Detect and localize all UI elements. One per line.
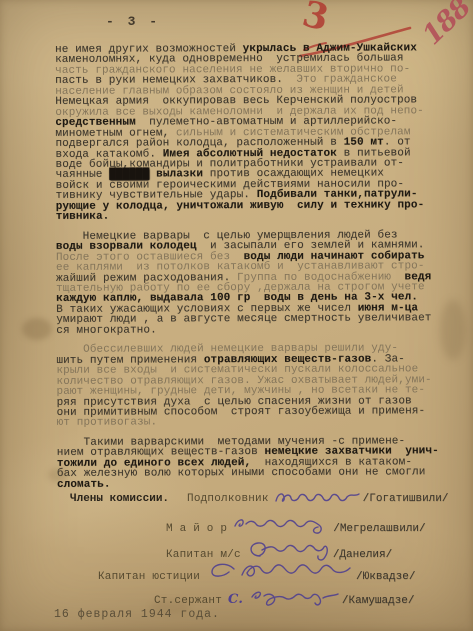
rank-label: Капитан юстиции <box>98 571 200 583</box>
surname-label: /Гогатишвили/ <box>363 493 449 505</box>
signature-row: Капитан м/с/Данелия/ <box>166 538 392 561</box>
document-body: не имея других возможностей укрылась в А… <box>55 43 461 499</box>
surname-label: /Мегрелашвили/ <box>333 523 425 535</box>
signature-row: М а й о р/Мегрелашвили/ <box>166 514 426 535</box>
text-segment: ся многократно. <box>56 324 157 336</box>
surname-label: /Юквадзе/ <box>356 571 415 583</box>
text-segment: рующие у колодца, уничтожали живую силу … <box>56 199 425 213</box>
signature-scribble-icon <box>204 560 354 586</box>
paragraph-1: не имея других возможностей укрылась в А… <box>55 43 460 222</box>
paragraph-3: Обессилевших людей немецкие варвары реши… <box>56 343 460 428</box>
signature-scribble-icon <box>231 514 331 538</box>
paragraph-2: Немецкие варвары с целью умерщвления люд… <box>56 230 460 336</box>
page-number: - 3 - <box>106 14 160 29</box>
text-line: рующие у колодца, уничтожали живую силу … <box>56 200 460 212</box>
commission-members-label: Члены комиссии. <box>70 493 169 505</box>
date-line: 16 февраля 1944 года. <box>54 608 220 621</box>
signature-row: Члены комиссии.Подполковник/Гогатишвили/ <box>70 488 448 505</box>
rank-label: Подполковник <box>187 493 269 505</box>
signature-scribble-icon <box>248 586 340 610</box>
handwritten-initial: С. <box>228 592 243 607</box>
text-line: ют противогазы. <box>57 417 461 429</box>
signature-row: Ст.сержантС./Камушадзе/ <box>154 586 415 607</box>
rank-label: Ст.сержант <box>154 595 222 607</box>
text-line: бах железную волю которых иными способам… <box>57 467 461 479</box>
text-line: ся многократно. <box>56 324 460 336</box>
signature-scribble-icon <box>273 488 361 508</box>
text-segment: тивника. <box>56 211 110 223</box>
text-segment: ют противогазы. <box>57 417 158 429</box>
paragraph-4: Такими варварскими методами мучения -с п… <box>57 436 461 490</box>
paper-stain <box>22 318 52 340</box>
rank-label: М а й о р <box>166 523 227 535</box>
scanned-document-page: - 3 - 3 188 не имея других возможностей … <box>0 0 473 631</box>
surname-label: /Камушадзе/ <box>342 595 415 607</box>
signature-row: Капитан юстиции/Юквадзе/ <box>98 560 415 583</box>
text-segment: бах железную волю которых иными способам… <box>57 466 426 480</box>
